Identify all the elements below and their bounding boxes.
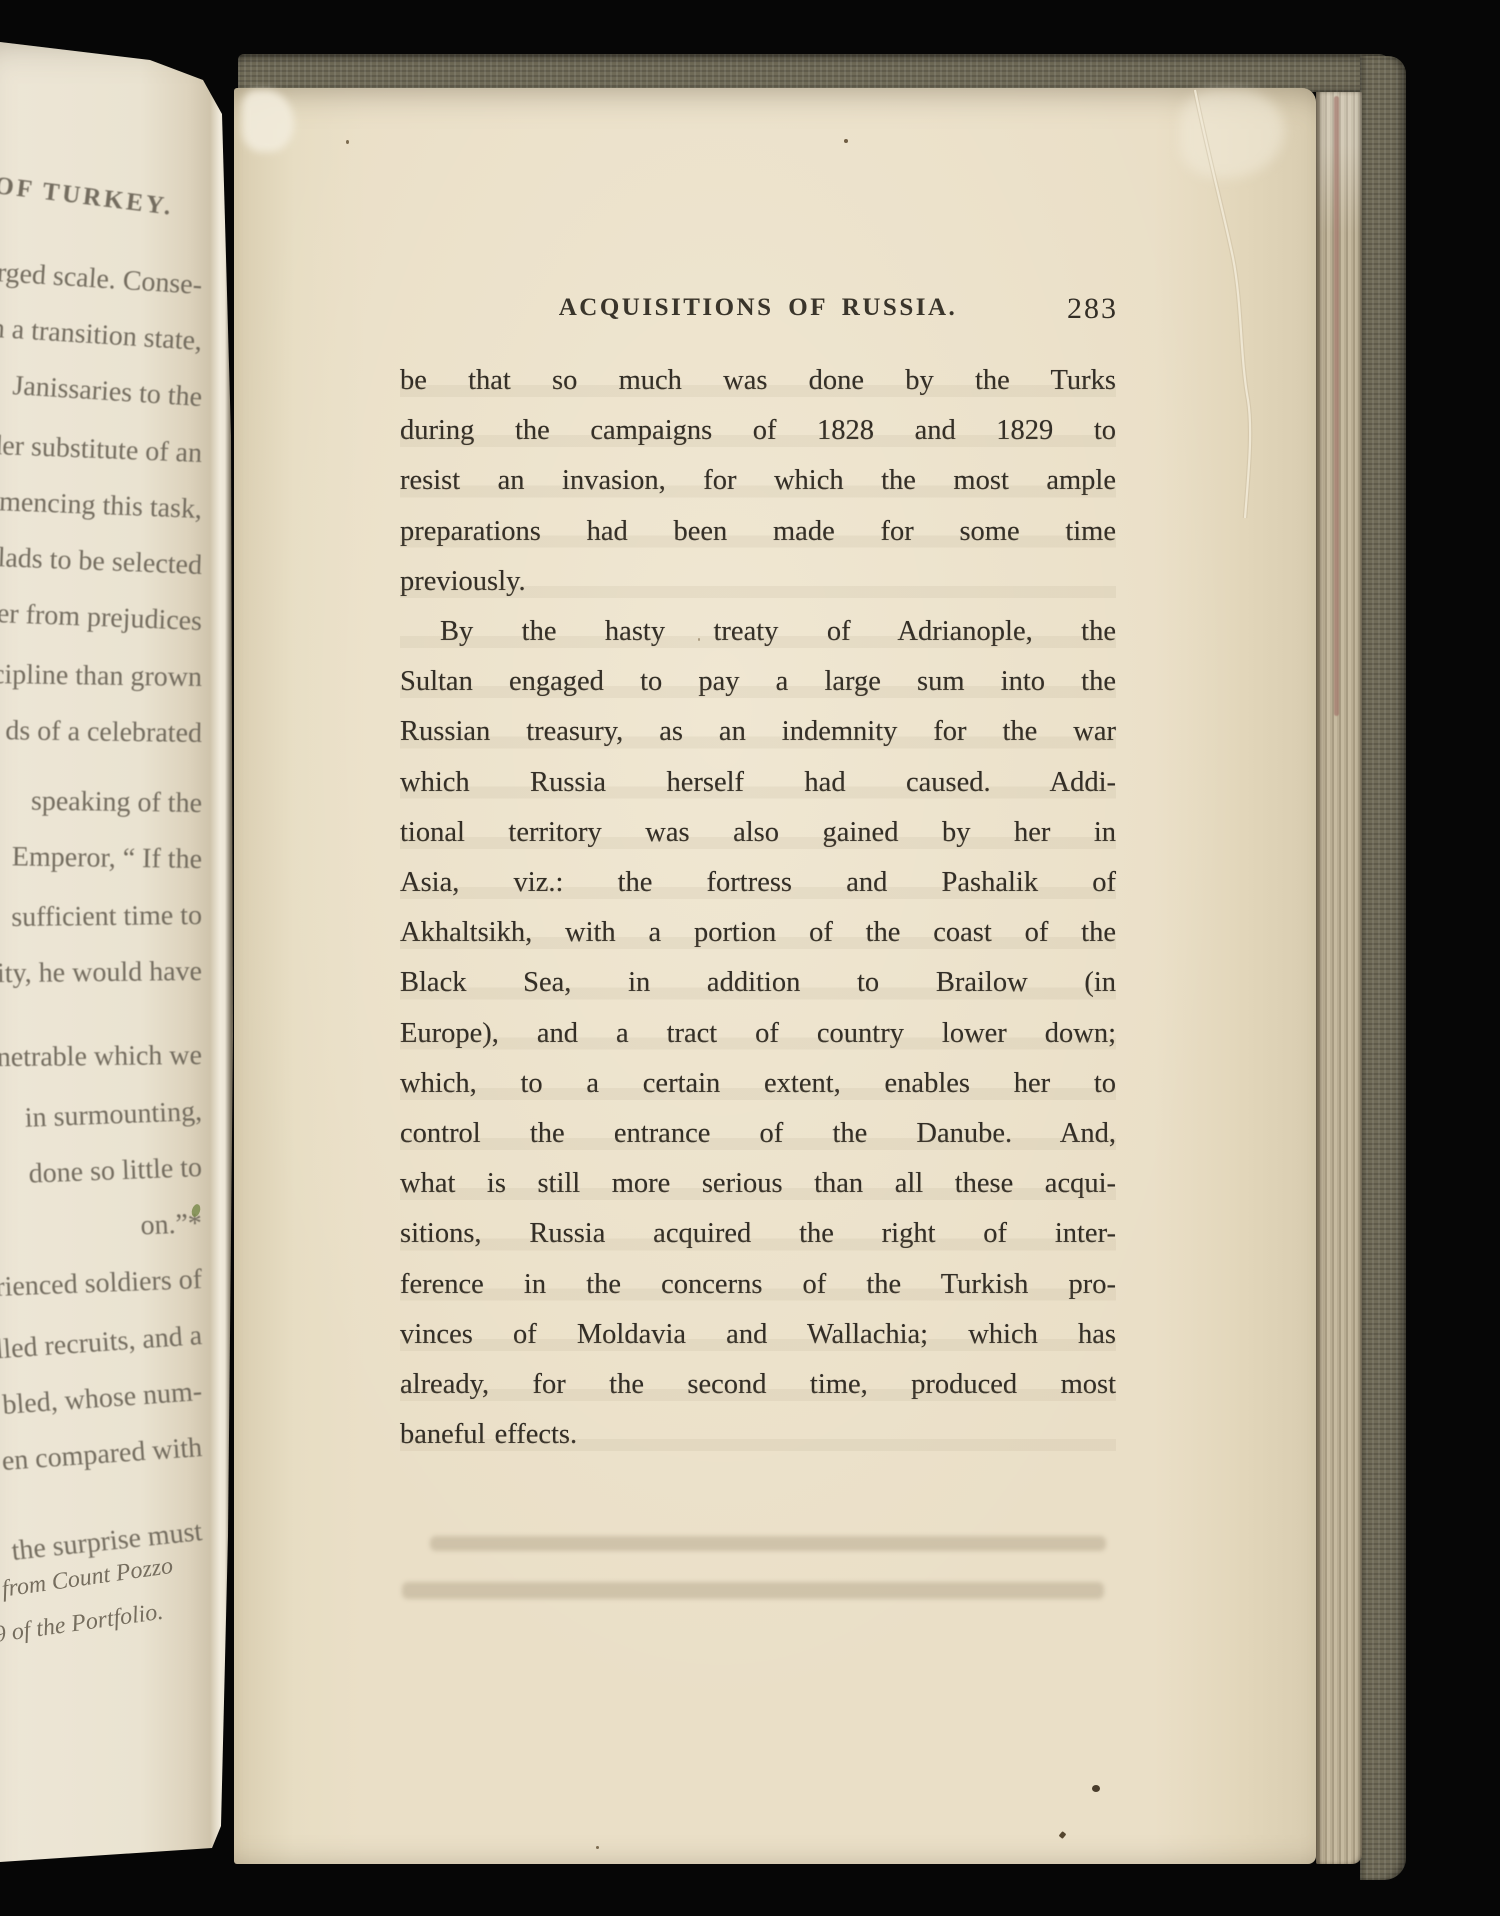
page-number: 283	[1067, 292, 1118, 326]
left-page-text-column: rged scale. Conse-n a transition state,J…	[0, 258, 202, 1560]
left-page: OF TURKEY. rged scale. Conse-n a transit…	[0, 36, 236, 1864]
body-text-line: be that so much was done by the Turks	[400, 356, 1116, 406]
left-page-text-line: sufficient time to	[0, 888, 202, 948]
foxing-speck	[698, 638, 700, 641]
book-photo: { "book": { "right_page": { "header": "A…	[0, 0, 1500, 1916]
left-page-text-line: Emperor, “ If the	[0, 826, 202, 888]
body-text-line: Russian treasury, as an indemnity for th…	[400, 707, 1116, 757]
foxing-speck	[346, 140, 349, 144]
body-text-line: baneful effects.	[400, 1410, 1116, 1460]
paper-flake	[1180, 90, 1284, 178]
body-text-line: which, to a certain extent, enables her …	[400, 1059, 1116, 1109]
body-text-line: ference in the concerns of the Turkish p…	[400, 1260, 1116, 1310]
left-page-running-header: OF TURKEY.	[0, 172, 176, 222]
body-text-line: preparations had been made for some time	[400, 507, 1116, 557]
fore-edge-red-streak	[1334, 96, 1339, 716]
body-text-line: resist an invasion, for which the most a…	[400, 456, 1116, 506]
foxing-speck	[596, 1846, 599, 1849]
foxing-speck	[844, 139, 848, 143]
right-page: ACQUISITIONS OF RUSSIA. 283 be that so m…	[234, 88, 1316, 1864]
body-text-line: control the entrance of the Danube. And,	[400, 1109, 1116, 1159]
body-text: be that so much was done by the Turksdur…	[400, 356, 1116, 1460]
left-page-text-line: en compared with	[0, 1420, 204, 1504]
left-page-text-line: ds of a celebrated	[0, 700, 202, 762]
body-text-line: Europe), and a tract of country lower do…	[400, 1009, 1116, 1059]
running-header: ACQUISITIONS OF RUSSIA.	[400, 294, 1116, 322]
foxing-speck	[1092, 1785, 1100, 1792]
left-page-text-line: rged scale. Conse-	[0, 233, 204, 314]
body-text-line: during the campaigns of 1828 and 1829 to	[400, 406, 1116, 456]
bleed-through-line	[430, 1536, 1106, 1551]
bleed-through-line	[402, 1582, 1104, 1599]
body-text-line: already, for the second time, produced m…	[400, 1360, 1116, 1410]
body-text-line: Akhaltsikh, with a portion of the coast …	[400, 908, 1116, 958]
body-text-line: Asia, viz.: the fortress and Pashalik of	[400, 858, 1116, 908]
body-text-line: tional territory was also gained by her …	[400, 808, 1116, 858]
fore-edge-page-stack	[1316, 92, 1362, 1864]
left-page-text-line: speaking of the	[0, 770, 202, 832]
body-text-line: what is still more serious than all thes…	[400, 1159, 1116, 1209]
book-cover-right-edge	[1360, 56, 1406, 1880]
left-page-text-line: lity, he would have	[0, 944, 202, 1004]
book-cover-top-edge	[238, 54, 1394, 92]
paper-chip	[242, 90, 294, 152]
left-page-text-line: cipline than grown	[0, 644, 202, 706]
body-text-line: Sultan engaged to pay a large sum into t…	[400, 657, 1116, 707]
body-text-line: previously.	[400, 557, 1116, 607]
left-page-text-line: netrable which we	[0, 1028, 202, 1088]
page-header-row: ACQUISITIONS OF RUSSIA. 283	[400, 294, 1116, 334]
body-text-line: By the hasty treaty of Adrianople, the	[400, 607, 1116, 657]
body-text-line: Black Sea, in addition to Brailow (in	[400, 958, 1116, 1008]
foxing-speck	[1059, 1831, 1067, 1839]
body-text-line: which Russia herself had caused. Addi-	[400, 758, 1116, 808]
body-text-line: sitions, Russia acquired the right of in…	[400, 1209, 1116, 1259]
body-text-line: vinces of Moldavia and Wallachia; which …	[400, 1310, 1116, 1360]
